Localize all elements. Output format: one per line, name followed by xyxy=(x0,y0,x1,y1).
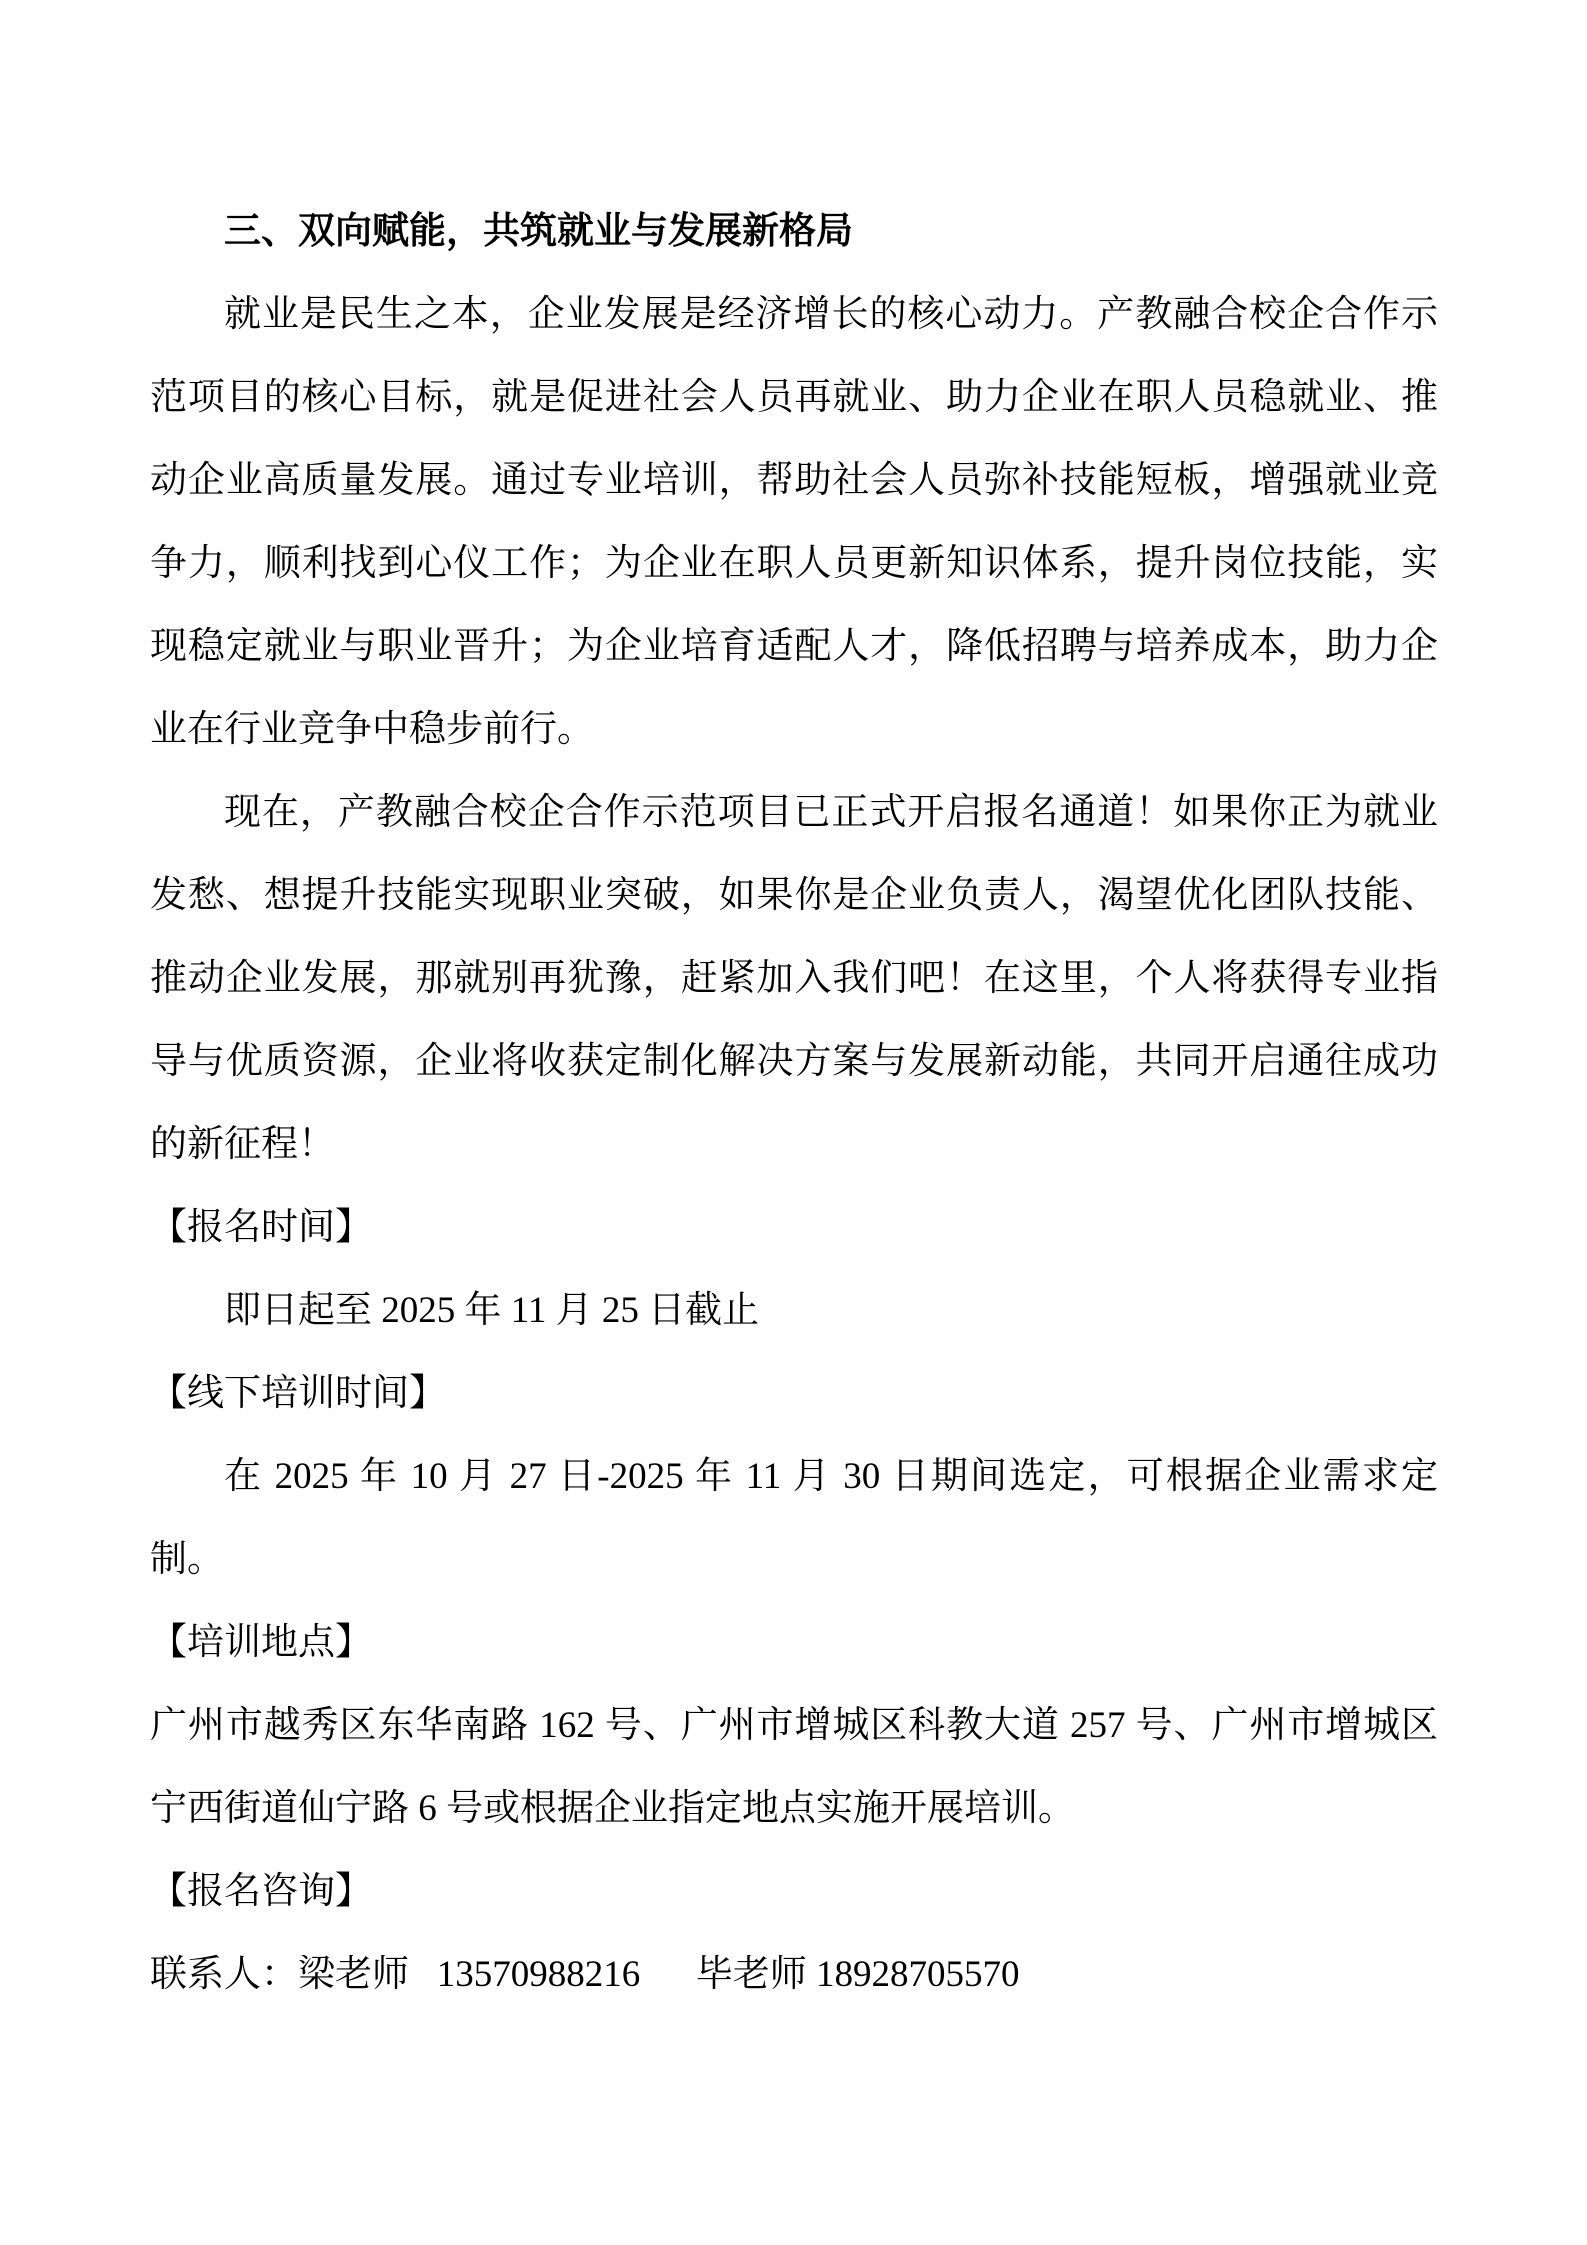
paragraph-signup-invitation: 现在，产教融合校企合作示范项目已正式开启报名通道！如果你正为就业发愁、想提升技能… xyxy=(150,771,1438,1186)
section-heading: 三、双向赋能，共筑就业与发展新格局 xyxy=(150,190,1438,273)
label-signup-consultation: 【报名咨询】 xyxy=(150,1850,1438,1933)
document-content: 三、双向赋能，共筑就业与发展新格局 就业是民生之本，企业发展是经济增长的核心动力… xyxy=(150,190,1438,2016)
document-page: 三、双向赋能，共筑就业与发展新格局 就业是民生之本，企业发展是经济增长的核心动力… xyxy=(0,0,1587,2245)
training-location-text: 广州市越秀区东华南路 162 号、广州市增城区科教大道 257 号、广州市增城区… xyxy=(150,1684,1438,1850)
signup-time-text: 即日起至 2025 年 11 月 25 日截止 xyxy=(150,1269,1438,1352)
label-offline-training-time: 【线下培训时间】 xyxy=(150,1352,1438,1435)
offline-training-time-text: 在 2025 年 10 月 27 日-2025 年 11 月 30 日期间选定，… xyxy=(150,1435,1438,1601)
label-signup-time: 【报名时间】 xyxy=(150,1186,1438,1269)
label-training-location: 【培训地点】 xyxy=(150,1601,1438,1684)
contact-persons-text: 联系人：梁老师 13570988216 毕老师 18928705570 xyxy=(150,1933,1438,2016)
paragraph-employment-goals: 就业是民生之本，企业发展是经济增长的核心动力。产教融合校企合作示范项目的核心目标… xyxy=(150,273,1438,771)
